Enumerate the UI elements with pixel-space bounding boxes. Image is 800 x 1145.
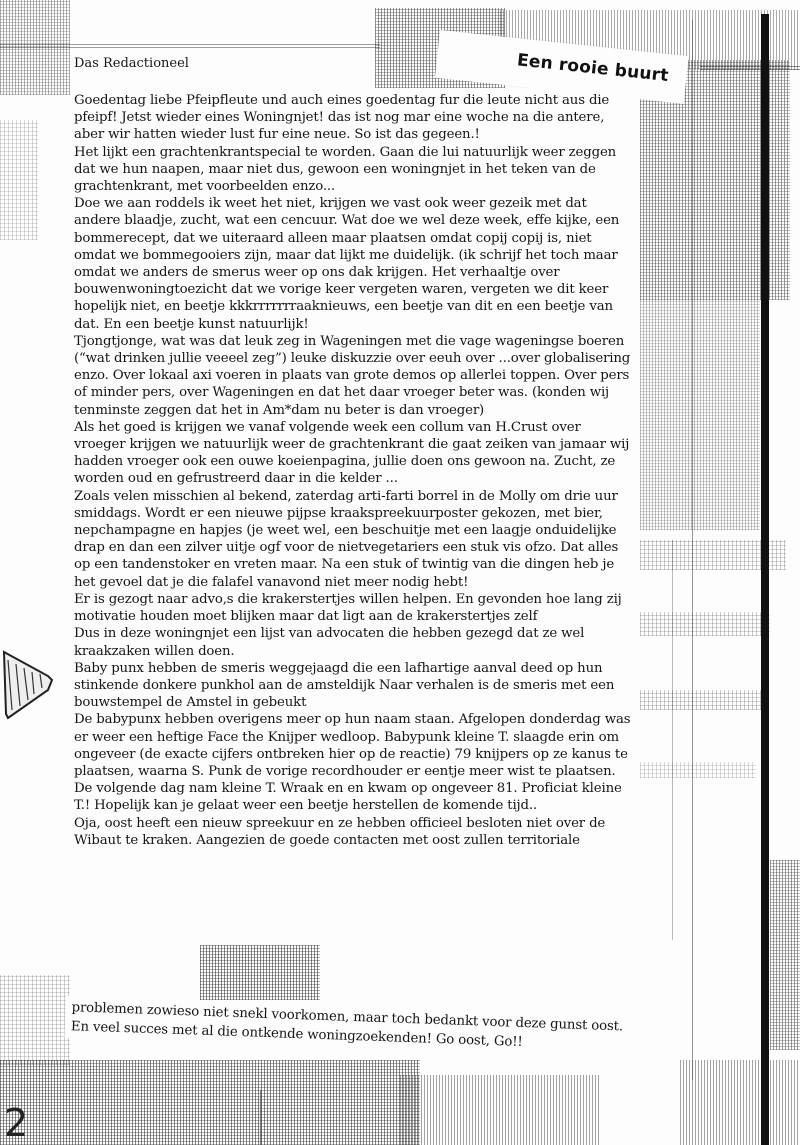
halftone-right-middle-2: [640, 612, 770, 636]
vertical-black-bar: [761, 14, 769, 1145]
halftone-column-right-2: [640, 300, 760, 530]
paragraph: Oja, oost heeft een nieuw spreekuur en z…: [74, 815, 634, 849]
paragraph: Doe we aan roddels ik weet het niet, kri…: [74, 195, 634, 333]
paragraph: Er is gezogt naar advo,s die krakerstert…: [74, 591, 634, 625]
torn-paper-scribble-icon: [0, 640, 60, 730]
paragraph: Het lijkt een grachtenkrantspecial te wo…: [74, 144, 634, 196]
halftone-bottom-band-2: [400, 1075, 600, 1145]
paragraph: De babypunx hebben overigens meer op hun…: [74, 711, 634, 814]
halftone-left-margin: [0, 120, 38, 240]
fold-line-right-2: [672, 540, 673, 940]
section-tag-text: Een rooie buurt: [516, 50, 669, 86]
halftone-strip-top: [0, 44, 380, 48]
halftone-bottom-band: [0, 1060, 420, 1145]
fold-line-bottom: [260, 1090, 262, 1145]
paragraph: Baby punx hebben de smeris weggejaagd di…: [74, 660, 634, 712]
halftone-patch-middle-lower: [200, 945, 320, 1000]
article-continuation: problemen zowieso niet snekl voorkomen, …: [65, 996, 638, 1058]
halftone-right-middle-4: [636, 762, 756, 778]
halftone-left-lower: [0, 975, 70, 1065]
paragraph: Dus in deze woningnjet een lijst van adv…: [74, 625, 634, 659]
continuation-text: problemen zowieso niet snekl voorkomen, …: [71, 998, 632, 1056]
paragraph: Zoals velen misschien al bekend, zaterda…: [74, 488, 634, 591]
fold-line-right: [692, 20, 693, 1080]
page-number: 2: [4, 1104, 28, 1142]
halftone-right-lower: [770, 860, 800, 1050]
article-body: Goedentag liebe Pfeipfleute und auch ein…: [72, 88, 640, 851]
halftone-bottom-right: [680, 1060, 800, 1145]
halftone-right-middle-3: [636, 690, 766, 710]
halftone-band-right: [700, 64, 800, 70]
paragraph: Als het goed is krijgen we vanaf volgend…: [74, 419, 634, 488]
column-title: Das Redactioneel: [70, 56, 193, 71]
paragraph: Goedentag liebe Pfeipfleute und auch ein…: [74, 92, 634, 144]
paragraph: Tjongtjonge, wat was dat leuk zeg in Wag…: [74, 333, 634, 419]
